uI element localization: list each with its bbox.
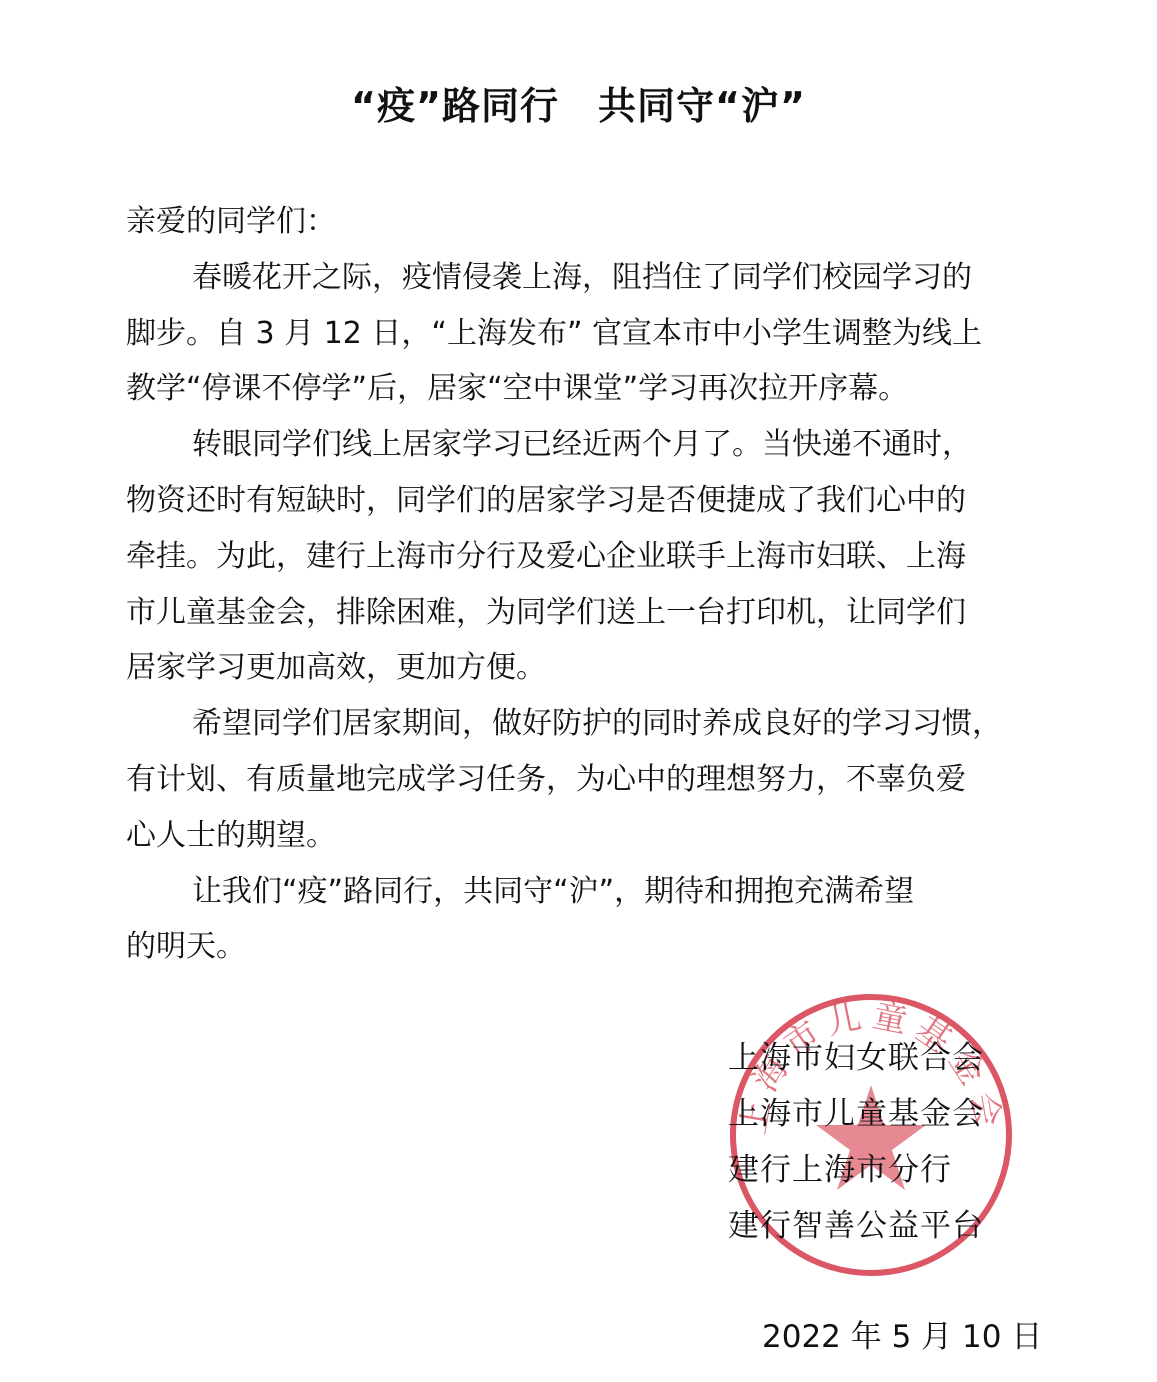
signatory-ccb-charity-platform: 建行智善公益平台 — [728, 1198, 984, 1254]
paragraph-1-line-3: 教学“停课不停学”后，居家“空中课堂”学习再次拉开序幕。 — [126, 361, 1056, 417]
signatory-childrens-foundation: 上海市儿童基金会 — [728, 1086, 984, 1142]
signatory-womens-federation: 上海市妇女联合会 — [728, 1030, 984, 1086]
paragraph-3-line-3: 心人士的期望。 — [126, 808, 1056, 864]
paragraph-3-line-1: 希望同学们居家期间，做好防护的同时养成良好的学习习惯， — [126, 696, 1056, 752]
letter-body: 亲爱的同学们： 春暖花开之际，疫情侵袭上海，阻挡住了同学们校园学习的 脚步。自 … — [126, 194, 1056, 975]
paragraph-2-line-5: 居家学习更加高效，更加方便。 — [126, 640, 1056, 696]
paragraph-4-line-1: 让我们“疫”路同行，共同守“沪”，期待和拥抱充满希望 — [126, 864, 1056, 920]
paragraph-1-line-1: 春暖花开之际，疫情侵袭上海，阻挡住了同学们校园学习的 — [126, 250, 1056, 306]
paragraph-2-line-3: 牵挂。为此，建行上海市分行及爱心企业联手上海市妇联、上海 — [126, 529, 1056, 585]
signatories: 上海市妇女联合会 上海市儿童基金会 建行上海市分行 建行智善公益平台 — [728, 1030, 984, 1254]
paragraph-2-line-2: 物资还时有短缺时，同学们的居家学习是否便捷成了我们心中的 — [126, 473, 1056, 529]
paragraph-3-line-2: 有计划、有质量地完成学习任务，为心中的理想努力，不辜负爱 — [126, 752, 1056, 808]
paragraph-1-line-2: 脚步。自 3 月 12 日，“上海发布” 官宣本市中小学生调整为线上 — [126, 306, 1056, 362]
salutation: 亲爱的同学们： — [126, 194, 1056, 250]
signatory-ccb-shanghai: 建行上海市分行 — [728, 1142, 984, 1198]
document-date: 2022 年 5 月 10 日 — [762, 1314, 1042, 1360]
paragraph-2-line-4: 市儿童基金会，排除困难，为同学们送上一台打印机，让同学们 — [126, 585, 1056, 641]
paragraph-2-line-1: 转眼同学们线上居家学习已经近两个月了。当快递不通时， — [126, 417, 1056, 473]
paragraph-4-line-2: 的明天。 — [126, 919, 1056, 975]
document-title: “疫”路同行 共同守“沪” — [0, 78, 1157, 134]
